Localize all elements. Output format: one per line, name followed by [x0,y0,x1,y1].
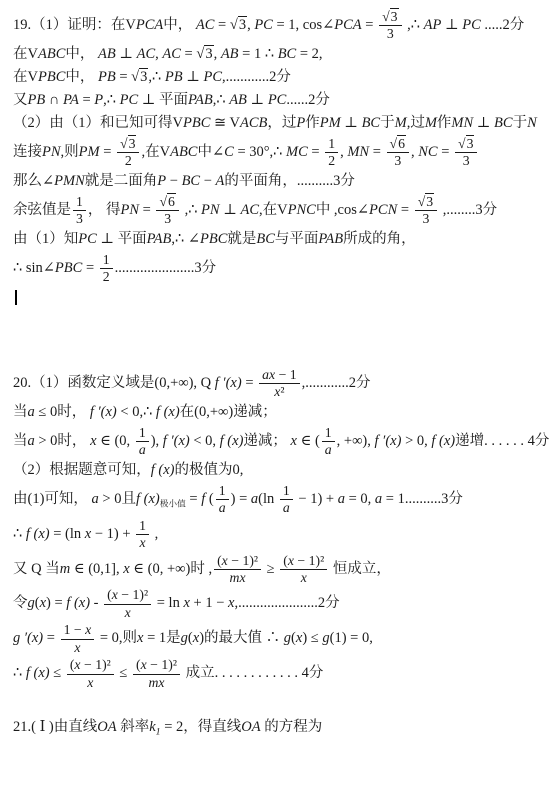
subscripted-symbol: k1 [149,719,160,735]
math-run: PAB [318,231,343,247]
p19-part2-line5[interactable]: 由（1）知PC ⊥ 平面PAB,∴ ∠PBC就是BC与平面PAB所成的角， [13,229,543,250]
text-run: ∈ (0, [97,432,134,448]
text-run: 与平面 [275,231,319,247]
p19-part2-line1[interactable]: （2）由（1）和已知可得VPBC ≅ VACB，过P作PM ⊥ BC于M,过M作… [13,113,543,134]
math-run: AB [229,92,247,108]
text-run: + 1 − [190,595,228,611]
sqrt-radical: √3 [230,16,247,33]
text-run: = [43,630,58,646]
text-run: 在(0,+∞)递减； [180,404,277,420]
math-fraction: 1 − xx [61,622,95,655]
text-run: 当 [13,432,28,448]
p19-part1-line1[interactable]: 19.（1）证明：在VPCA中， AC = √3, PC = 1, cos∠PC… [13,9,543,42]
text-run: 3 [422,211,429,226]
fraction-denominator: x [84,675,96,690]
math-run: PA [63,92,79,108]
text-run: ,在V [141,144,170,160]
fraction-denominator: a [280,500,293,515]
math-run: N [527,115,537,131]
math-fraction: √32 [117,136,139,169]
text-run: 就是 [227,231,256,247]
math-run: f (x) [220,432,244,448]
text-run: > 0且 [99,490,136,506]
math-run: g [181,630,188,646]
text-run: .....2分 [481,17,525,33]
fraction-numerator: 1 [322,425,335,442]
math-run: m [60,560,70,576]
fraction-numerator: (x − 1)² [214,553,261,570]
math-run: PBC [55,260,82,276]
fraction-denominator: x [122,605,134,620]
fraction-denominator: 2 [100,269,113,284]
p20-part2-line2[interactable]: 由(1)可知， a > 0且f (x)极小值 = f (1a) = a(ln 1… [13,483,543,516]
text-run: ⊥ [183,69,204,85]
math-run: a [139,442,146,457]
radical-sign: √ [120,136,128,151]
fraction-denominator: a [322,442,335,457]
text-run: = 0, [345,490,375,506]
text-run: 1 [139,518,146,533]
math-run: BC [362,115,381,131]
math-fraction: 1a [136,425,149,458]
fraction-numerator: √3 [455,136,477,153]
text-run: 的极值为0, [175,462,244,478]
text-run: ∈ (0, +∞)时 , [130,560,212,576]
math-run: MN [347,144,369,160]
fraction-denominator: mx [227,570,249,585]
math-run: MC [286,144,308,160]
math-run: a [92,490,99,506]
math-run: PCA [334,17,361,33]
fraction-denominator: 2 [122,153,135,168]
math-run: x [74,640,80,655]
fraction-numerator: √3 [379,9,401,26]
math-run: MN [451,115,473,131]
math-run: a [28,432,35,448]
blank-space-2 [13,692,543,715]
text-run: 余弦值是 [13,202,71,218]
text-run: = ln [153,595,183,611]
text-run: = 1..........3分 [382,490,463,506]
text-run: ,∴ ∠ [171,231,200,247]
document-page[interactable]: 19.（1）证明：在VPCA中， AC = √3, PC = 1, cos∠PC… [0,0,551,798]
radicand: 3 [466,135,475,151]
p21-line1[interactable]: 21.( Ⅰ )由直线OA 斜率k1 = 2，得直线OA 的方程为 [13,717,543,742]
math-run: g ′(x) [13,630,43,646]
math-run: PC [120,92,139,108]
math-run: f (x) [151,462,175,478]
p20-part1-line1[interactable]: 20.（1）函数定义域是(0,+∞), Q f ′(x) = ax − 1x²,… [13,367,543,400]
math-run: BC [256,231,275,247]
text-run: 20.（1）函数定义域是(0,+∞), Q [13,375,215,391]
p20-part2-line6[interactable]: g ′(x) = 1 − xx = 0,则x = 1是g(x)的最大值 ∴ g(… [13,622,543,655]
text-run: 1 [219,483,226,498]
radicand: 3 [390,8,399,24]
fraction-denominator: x [137,535,149,550]
math-run: AC [137,46,156,62]
math-run: x [85,622,91,637]
text-run: 由（1）知 [13,231,78,247]
text-run: ∴ sin∠ [13,260,55,276]
p20-part2-line1[interactable]: （2）根据题意可知，f (x)的极值为0, [13,460,543,481]
text-run: = 0,则 [96,630,137,646]
text-run: ⊥ [116,46,137,62]
fraction-denominator: x² [271,384,287,399]
text-run: ⊥ [247,92,268,108]
text-run: = 1 ∴ [239,46,278,62]
text-run: ∈ ( [297,432,320,448]
text-run: = [82,260,97,276]
sqrt-radical: √3 [382,8,398,24]
text-run: ⊥ [220,202,241,218]
math-run: PMN [54,173,85,189]
radicand: 3 [425,193,434,209]
math-run: PNC [288,202,316,218]
text-run: 作 [305,115,320,131]
radicand: 6 [397,135,406,151]
text-run: − 1)² [228,553,258,568]
math-run: PN [42,144,61,160]
text-run: ⊥ 平面 [138,92,188,108]
math-fraction: √33 [379,9,401,42]
text-run: 1 [283,483,290,498]
text-run: ......................3分 [115,260,217,276]
fraction-denominator: 3 [419,211,432,226]
text-run: (1) = 0, [330,630,373,646]
text-run: ,在V [259,202,288,218]
text-run: ,............2分 [302,375,371,391]
text-run: ......2分 [286,92,330,108]
p20-part2-line3[interactable]: ∴ f (x) = (ln x − 1) + 1x , [13,518,543,551]
text-run: = [214,17,229,33]
math-run: AC [240,202,259,218]
text-run: , +∞), [337,432,375,448]
text-run: 就是二面角 [85,173,158,189]
math-fraction: (x − 1)²mx [214,553,261,586]
math-run: AP [424,17,442,33]
text-run: = [397,202,412,218]
radical-sign: √ [390,136,398,151]
text-run: ∈ (0,1], [70,560,123,576]
text-run: ,过 [407,115,425,131]
math-run: PCA [136,17,163,33]
fraction-numerator: (x − 1)² [133,657,180,674]
text-run: 又 [13,92,28,108]
fraction-denominator: 3 [384,26,397,41]
math-run: PC [203,69,222,85]
p19-part1-line2[interactable]: 在VABC中， AB ⊥ AC, AC = √3, AB = 1 ∴ BC = … [13,44,543,65]
text-run: 斜率 [117,719,150,735]
text-run: > 0时， [35,432,90,448]
math-fraction: √33 [455,136,477,169]
fraction-numerator: √6 [387,136,409,153]
text-run: ), [151,432,163,448]
text-run: 当 [13,404,28,420]
text-run: ,........3分 [439,202,497,218]
math-run: AC [196,17,215,33]
text-run: 2 [103,269,110,284]
radicand: 3 [204,45,213,62]
text-run: - [90,595,102,611]
radical-sign: √ [230,17,238,33]
math-fraction: (x − 1)²x [67,657,114,690]
p19-part1-line3[interactable]: 在VPBC中， PB = √3,∴ PB ⊥ PC,............2分 [13,67,543,88]
text-run: ) = [231,490,251,506]
radicand: 3 [238,16,247,33]
text-caret-line [13,287,543,308]
text-run: 的平面角，..........3分 [224,173,355,189]
fraction-denominator: mx [145,675,167,690]
fraction-numerator: 1 [280,483,293,500]
text-run: = 2，得直线 [161,719,242,735]
fraction-denominator: 3 [460,153,473,168]
text-run: = [139,202,154,218]
math-run: g [322,630,329,646]
math-run: BC [182,173,201,189]
math-run: ax [262,367,275,382]
math-fraction: (x − 1)²x [104,587,151,620]
p20-part1-line2[interactable]: 当a ≤ 0时， f ′(x) < 0,∴ f (x)在(0,+∞)递减； [13,402,543,423]
math-run: x [125,605,131,620]
text-cursor [15,290,17,305]
math-fraction: √33 [415,194,437,227]
math-run: P [296,115,305,131]
math-run: AB [98,46,116,62]
text-run: − 1) + [91,525,134,541]
radical-sign: √ [159,194,167,209]
text-run: ,∴ [213,92,229,108]
math-run: x [87,675,93,690]
math-fraction: 1x [136,518,149,551]
text-run: 中， [163,17,196,33]
text-run: 中， [65,46,98,62]
text-run: ⊥ [441,17,462,33]
text-run: − 1 [275,367,297,382]
text-run: （2）由（1）和已知可得V [13,115,183,131]
text-run: 中 ,cos∠ [316,202,369,218]
math-run: PB [165,69,183,85]
fraction-denominator: x [71,640,83,655]
math-run: ACB [240,115,267,131]
math-fraction: 1a [216,483,229,516]
math-run: f (x) [431,432,455,448]
fraction-numerator: 1 − x [61,622,95,639]
text-run: ⊥ 平面 [97,231,147,247]
math-run: g [28,595,35,611]
text-run: − 1)² [294,553,324,568]
p19-part1-line4[interactable]: 又PB ∩ PA = P,∴ PC ⊥ 平面PAB,∴ AB ⊥ PC.....… [13,90,543,111]
math-run: PN [121,202,140,218]
text-run: = [116,69,131,85]
fraction-denominator: 2 [325,153,338,168]
text-run: − [166,173,181,189]
text-run: > 0, [401,432,431,448]
fraction-numerator: 1 [136,518,149,535]
math-run: PN [201,202,220,218]
math-run: PBC [38,69,65,85]
math-run: f (x) [136,490,160,506]
text-run: 3 [76,211,83,226]
text-run: ,............2分 [222,69,291,85]
fraction-numerator: (x − 1)² [280,553,327,570]
radicand: 6 [167,193,176,209]
text-run: = [181,46,196,62]
text-run: = 30°,∴ [234,144,286,160]
text-run: 1 [103,252,110,267]
p19-part2-line2[interactable]: 连接PN,则PM = √32,在VABC中∠C = 30°,∴ MC = 12,… [13,136,543,169]
text-run: ,∴ [404,17,424,33]
text-run: ) ≤ [302,630,322,646]
text-run: )的最大值 ∴ [199,630,284,646]
text-run: 所成的角， [343,231,416,247]
math-fraction: 12 [100,252,113,285]
fraction-numerator: (x − 1)² [67,657,114,674]
text-run: = (ln [50,525,85,541]
math-run: ABC [170,144,197,160]
sqrt-radical: √3 [120,135,136,151]
text-run: 1 − [64,622,86,637]
text-run: 递减； [243,432,290,448]
text-run: ，过 [267,115,296,131]
text-run: ≅ V [210,115,240,131]
text-run: 在V [13,69,38,85]
fraction-numerator: 1 [136,425,149,442]
text-run: 2 [125,153,132,168]
math-run: ABC [38,46,65,62]
math-fraction: (x − 1)²mx [133,657,180,690]
fraction-numerator: ax − 1 [259,367,300,384]
text-run: ,∴ [103,92,119,108]
math-run: P [94,92,103,108]
radical-sign: √ [382,9,390,24]
text-run: 由(1)可知， [13,490,92,506]
math-run: OA [97,719,116,735]
fraction-numerator: 1 [216,483,229,500]
math-fraction: (x − 1)²x [280,553,327,586]
math-run: f (x) [26,525,50,541]
p19-part2-line3[interactable]: 那么∠PMN就是二面角P − BC − A的平面角，..........3分 [13,171,543,192]
text-run: ) = [46,595,66,611]
text-run: 于 [513,115,528,131]
math-run: PAB [147,231,172,247]
fraction-denominator: 3 [73,211,86,226]
text-run: ≤ [116,665,131,681]
text-run: 2 [328,153,335,168]
radicand: 3 [128,135,137,151]
text-run: ≥ [263,560,278,576]
text-run: = [186,490,201,506]
math-run: NC [418,144,437,160]
fraction-numerator: √3 [117,136,139,153]
math-fraction: √63 [156,194,178,227]
p20-part2-line7[interactable]: ∴ f (x) ≤ (x − 1)²x ≤ (x − 1)²mx 成立. . .… [13,657,543,690]
text-run: − 1)² [147,657,177,672]
sqrt-radical: √3 [196,45,213,62]
text-run: 3 [394,153,401,168]
text-run: 中∠ [197,144,224,160]
text-run: ,∴ [181,202,201,218]
math-run: PM [320,115,341,131]
fraction-numerator: √6 [156,194,178,211]
math-run: a [219,500,226,515]
sqrt-radical: √3 [131,68,148,85]
text-run: 递增. . . . . . 4分 [455,432,549,448]
p19-part2-line4[interactable]: 余弦值是13， 得PN = √63 ,∴ PN ⊥ AC,在VPNC中 ,cos… [13,194,543,227]
text-run: ( [205,490,213,506]
math-run: f ′(x) [90,404,117,420]
fraction-denominator: x [298,570,310,585]
text-run: ⊥ [341,115,362,131]
fraction-numerator: 1 [73,194,86,211]
math-run: f (x) [26,665,50,681]
math-run: PC [254,17,273,33]
text-run: (ln [258,490,278,506]
text-run: = [308,144,323,160]
p20-part2-line5[interactable]: 令g(x) = f (x) - (x − 1)²x = ln x + 1 − x… [13,587,543,620]
fraction-numerator: (x − 1)² [104,587,151,604]
text-run: ∴ [13,665,26,681]
text-run: = [79,92,94,108]
math-run: x [140,535,146,550]
fraction-denominator: 3 [391,153,404,168]
math-run: PC [268,92,287,108]
math-run: f (x) [156,404,180,420]
fraction-denominator: a [136,442,149,457]
text-run: 1 [139,425,146,440]
text-run: = [438,144,453,160]
text-run: 令 [13,595,28,611]
math-fraction: 1a [280,483,293,516]
math-fraction: 12 [325,136,338,169]
text-run: = [362,17,377,33]
blank-space-1 [13,310,543,365]
text-run: − 1)² [81,657,111,672]
p20-part1-line3[interactable]: 当a > 0时， x ∈ (0, 1a), f ′(x) < 0, f (x)递… [13,425,543,458]
math-run: mx [148,675,164,690]
math-run: f ′(x) [163,432,190,448]
math-fraction: 1a [322,425,335,458]
text-run: = 1是 [143,630,180,646]
math-run: BC [278,46,297,62]
text-run: 3 [164,211,171,226]
math-run: f (x) [66,595,90,611]
sqrt-radical: √3 [458,135,474,151]
text-run: ， 得 [88,202,121,218]
subscript-label: 极小值 [160,498,186,508]
text-run: = [369,144,384,160]
radical-sign: √ [131,69,139,85]
math-run: AB [221,46,239,62]
text-run: ⊥ [473,115,494,131]
text-run: 又 Q 当 [13,560,60,576]
text-run: ,则 [61,144,79,160]
text-run: ,∴ [148,69,164,85]
text-run: 1 [328,136,335,151]
math-run: g [284,630,291,646]
math-fraction: √63 [387,136,409,169]
p19-part2-line6[interactable]: ∴ sin∠PBC = 12......................3分 [13,252,543,285]
text-run: ≤ [50,665,65,681]
radical-sign: √ [458,136,466,151]
text-run: 于 [380,115,395,131]
p20-part2-line4[interactable]: 又 Q 当m ∈ (0,1], x ∈ (0, +∞)时 ,(x − 1)²mx… [13,553,543,586]
text-run: ∴ [13,525,26,541]
fraction-numerator: 1 [325,136,338,153]
math-run: P [157,173,166,189]
radicand: 3 [139,68,148,85]
text-run: ∩ [45,92,63,108]
math-run: a [28,404,35,420]
